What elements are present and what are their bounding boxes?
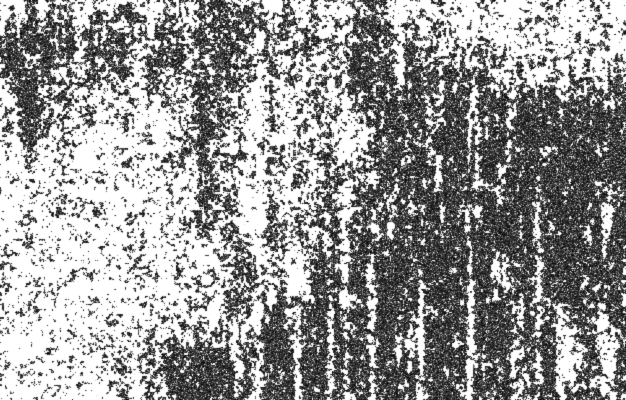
grunge-texture-image bbox=[0, 0, 626, 400]
grunge-texture-canvas bbox=[0, 0, 626, 400]
